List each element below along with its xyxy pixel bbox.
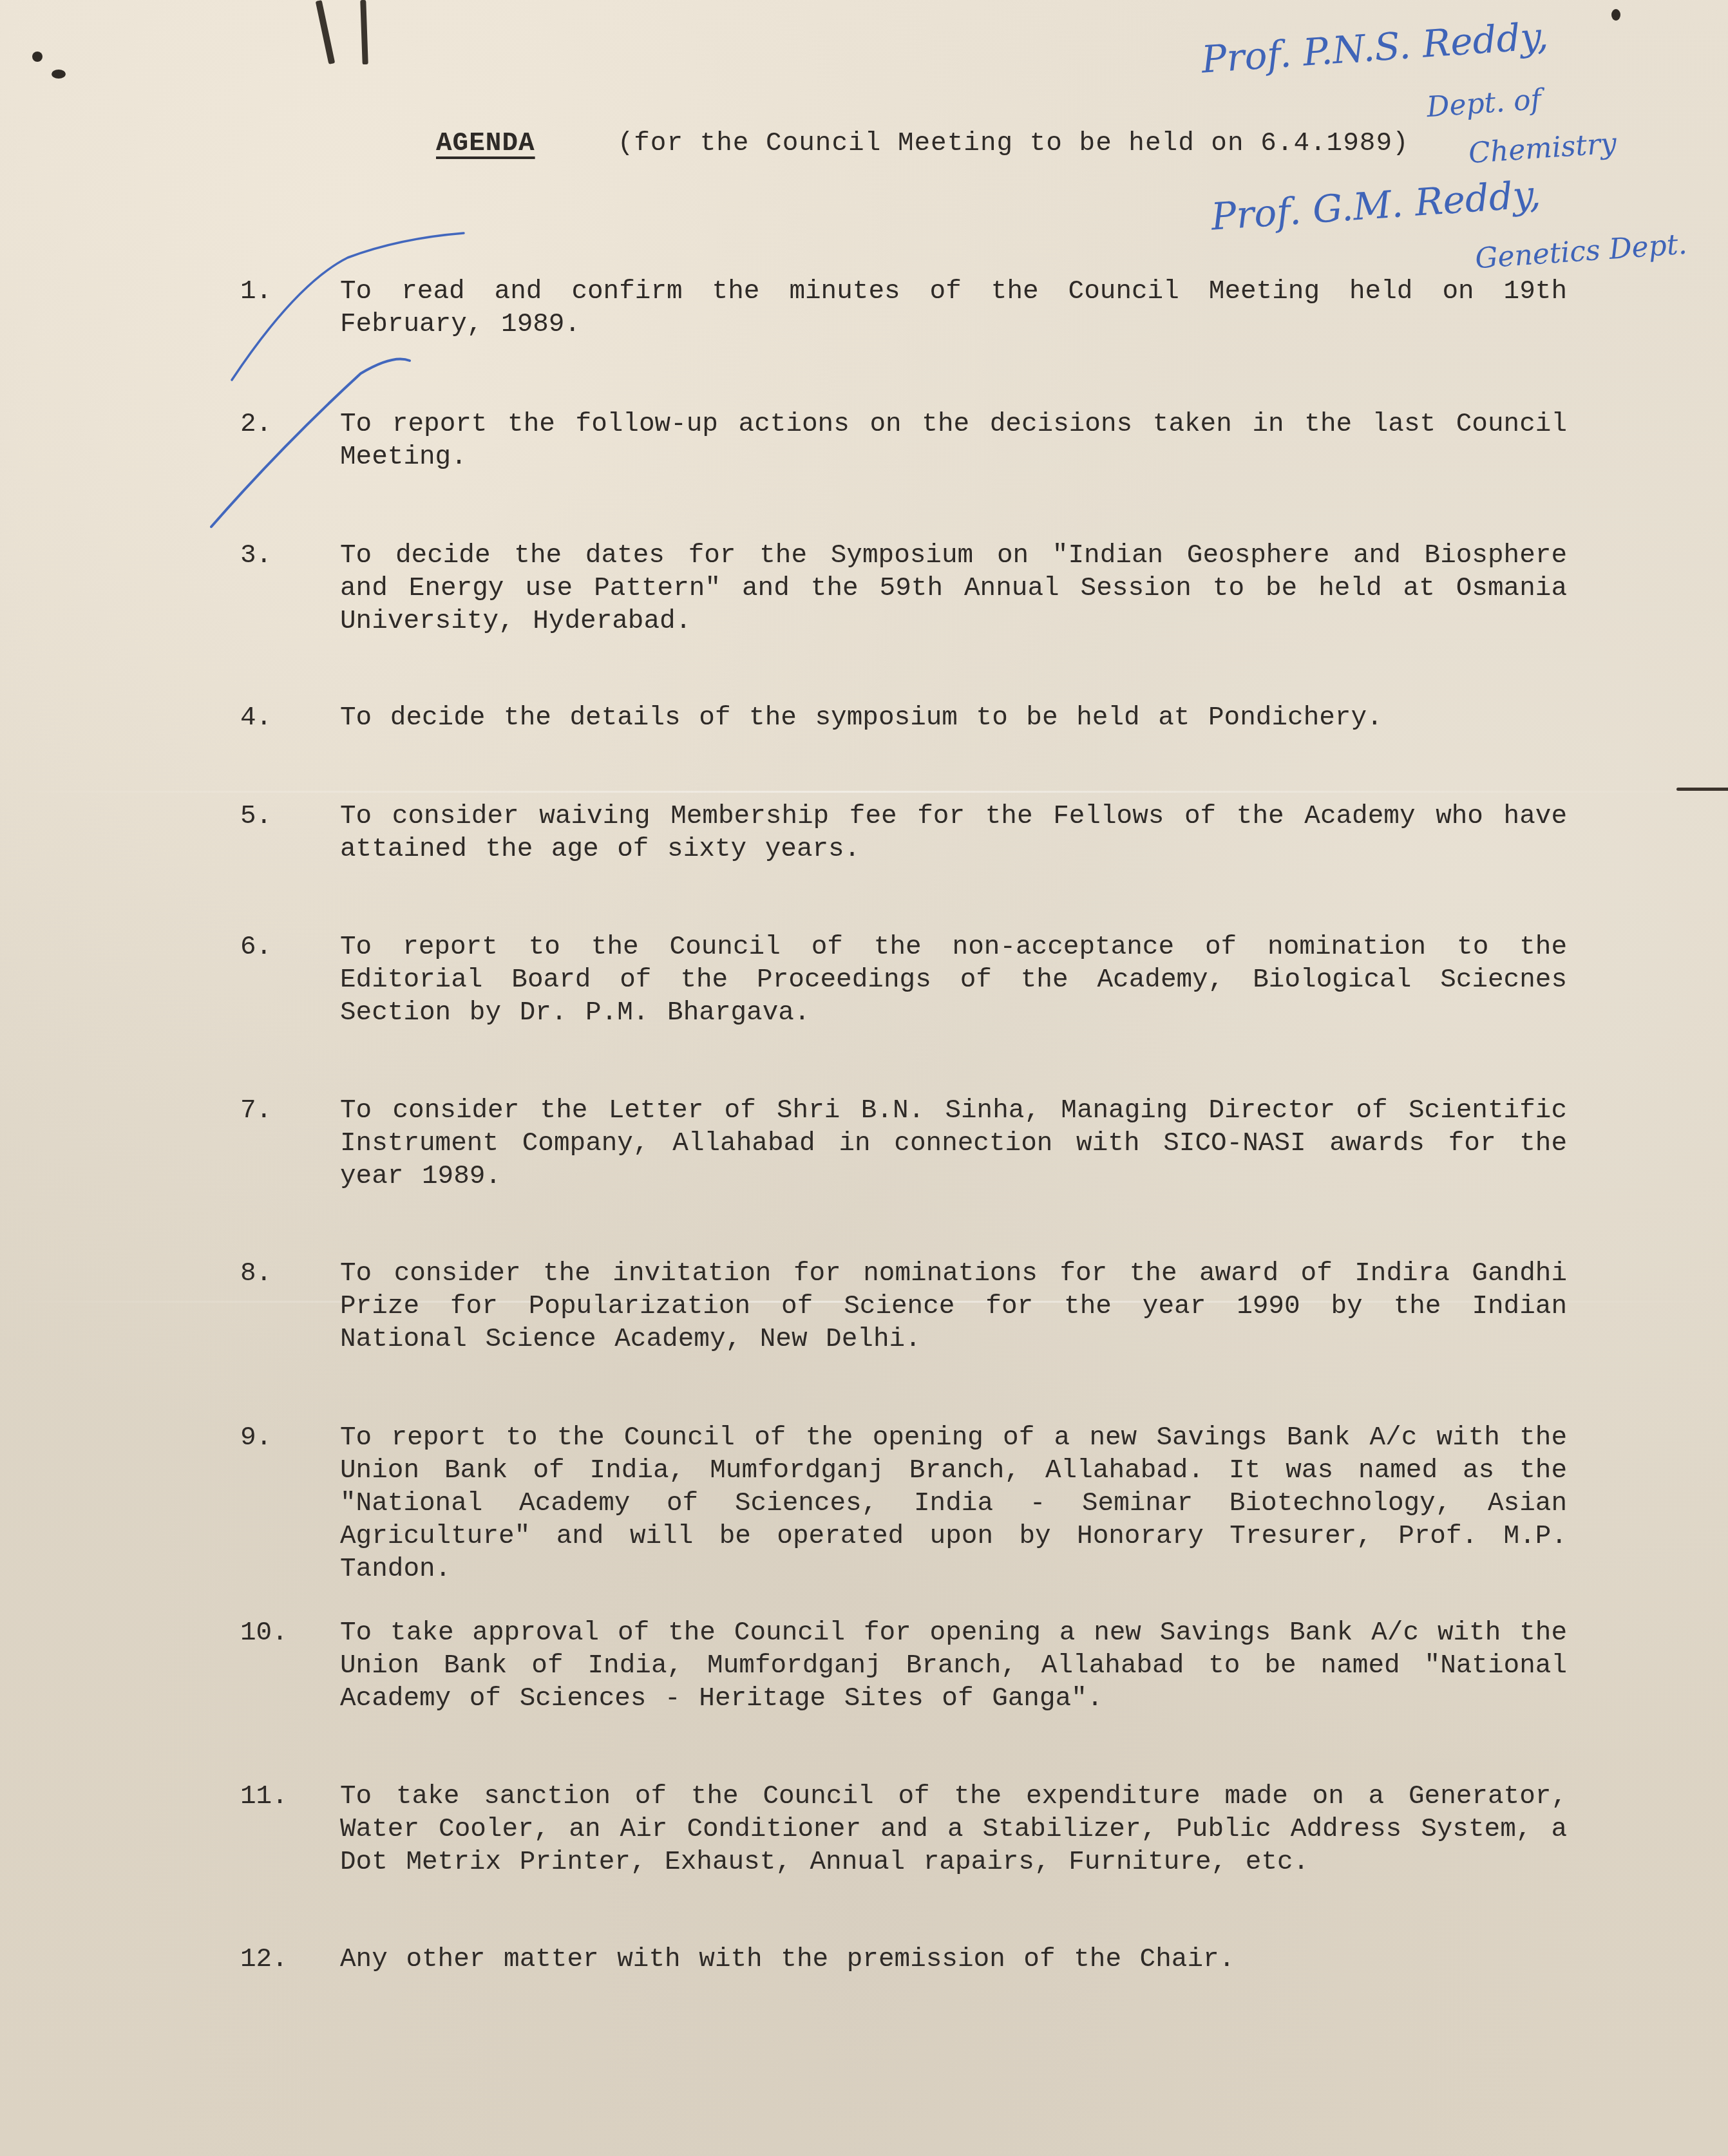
item-text: To take approval of the Council for open… xyxy=(340,1617,1567,1716)
item-number: 11. xyxy=(240,1781,340,1879)
staple-mark xyxy=(360,0,368,64)
item-text: To consider the Letter of Shri B.N. Sinh… xyxy=(340,1095,1567,1193)
document-title: AGENDA xyxy=(436,129,535,158)
agenda-item-6: 6. To report to the Council of the non-a… xyxy=(240,931,1567,1030)
item-text: To read and confirm the minutes of the C… xyxy=(340,276,1567,341)
agenda-item-7: 7. To consider the Letter of Shri B.N. S… xyxy=(240,1095,1567,1193)
item-number: 3. xyxy=(240,540,340,638)
paper-fold-line xyxy=(0,791,1728,793)
handwritten-dept-1-name: Chemistry xyxy=(1468,127,1618,170)
item-text: To decide the dates for the Symposium on… xyxy=(340,540,1567,638)
item-number: 7. xyxy=(240,1095,340,1193)
item-number: 8. xyxy=(240,1258,340,1356)
agenda-item-12: 12. Any other matter with with the premi… xyxy=(240,1943,1567,1976)
item-number: 1. xyxy=(240,276,340,341)
staple-mark xyxy=(316,0,336,64)
item-number: 6. xyxy=(240,931,340,1030)
item-number: 2. xyxy=(240,408,340,474)
agenda-item-3: 3. To decide the dates for the Symposium… xyxy=(240,540,1567,638)
agenda-item-10: 10. To take approval of the Council for … xyxy=(240,1617,1567,1716)
item-text: Any other matter with with the premissio… xyxy=(340,1943,1567,1976)
agenda-item-9: 9. To report to the Council of the openi… xyxy=(240,1422,1567,1586)
item-text: To decide the details of the symposium t… xyxy=(340,702,1567,735)
agenda-item-2: 2. To report the follow-up actions on th… xyxy=(240,408,1567,474)
item-number: 4. xyxy=(240,702,340,735)
document-subtitle: (for the Council Meeting to be held on 6… xyxy=(618,129,1409,158)
punch-hole-mark xyxy=(32,52,43,62)
handwritten-dept-2: Genetics Dept. xyxy=(1474,228,1688,276)
item-text: To report to the Council of the non-acce… xyxy=(340,931,1567,1030)
punch-hole-mark xyxy=(52,70,66,79)
agenda-item-5: 5. To consider waiving Membership fee fo… xyxy=(240,800,1567,866)
agenda-item-4: 4. To decide the details of the symposiu… xyxy=(240,702,1567,735)
item-text: To take sanction of the Council of the e… xyxy=(340,1781,1567,1879)
paper-tear-mark xyxy=(1676,788,1728,791)
item-number: 10. xyxy=(240,1617,340,1716)
item-number: 5. xyxy=(240,800,340,866)
agenda-item-11: 11. To take sanction of the Council of t… xyxy=(240,1781,1567,1879)
agenda-item-1: 1. To read and confirm the minutes of th… xyxy=(240,276,1567,341)
item-text: To consider the invitation for nominatio… xyxy=(340,1258,1567,1356)
handwritten-name-2: Prof. G.M. Reddy, xyxy=(1210,172,1542,239)
agenda-item-8: 8. To consider the invitation for nomina… xyxy=(240,1258,1567,1356)
item-number: 9. xyxy=(240,1422,340,1586)
handwritten-dept-1: Dept. of xyxy=(1425,83,1542,124)
document-header: AGENDA (for the Council Meeting to be he… xyxy=(436,129,1409,158)
item-text: To report the follow-up actions on the d… xyxy=(340,408,1567,474)
punch-hole-mark xyxy=(1611,9,1620,21)
item-text: To consider waiving Membership fee for t… xyxy=(340,800,1567,866)
item-text: To report to the Council of the opening … xyxy=(340,1422,1567,1586)
item-number: 12. xyxy=(240,1943,340,1976)
handwritten-name-1: Prof. P.N.S. Reddy, xyxy=(1200,14,1550,81)
